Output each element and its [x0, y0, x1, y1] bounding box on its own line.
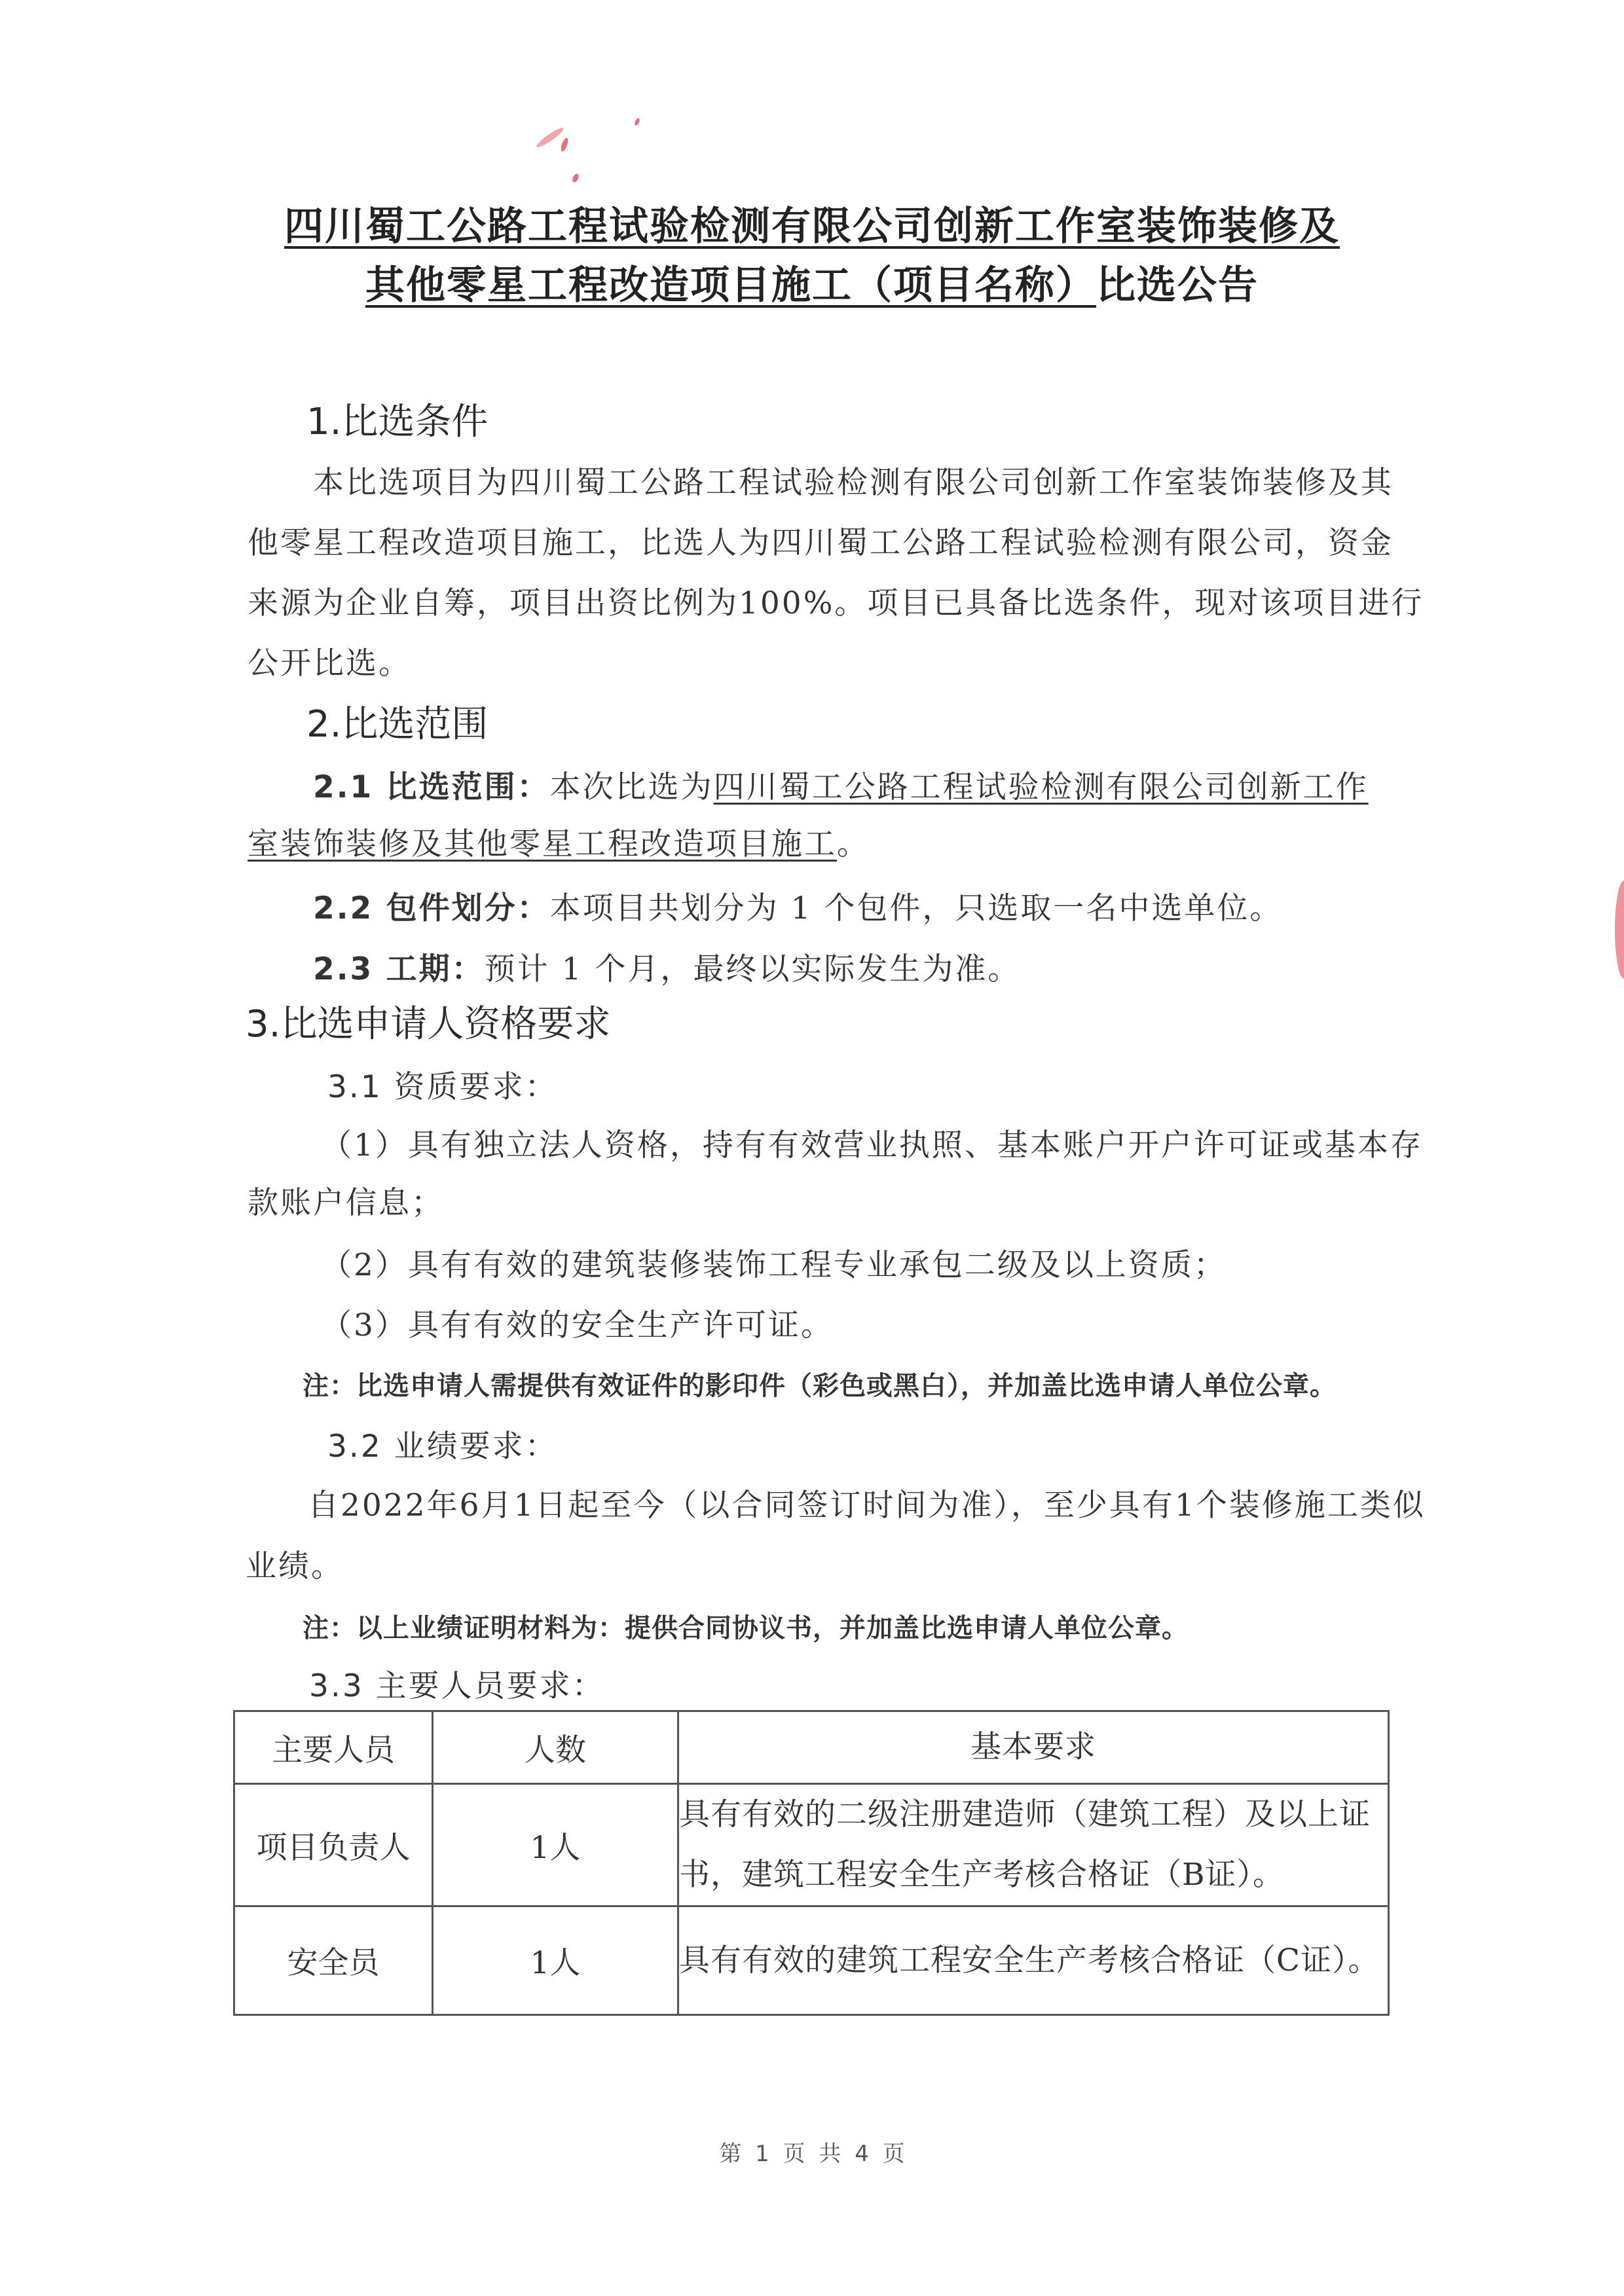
section-1-line-2: 他零星工程改造项目施工，比选人为四川蜀工公路工程试验检测有限公司，资金 [248, 519, 1393, 562]
section-1-line-4: 公开比选。 [248, 639, 411, 683]
cell-count: 1人 [433, 1784, 678, 1906]
scope-project-name-b: 室装饰装修及其他零星工程改造项目施工 [248, 826, 837, 862]
qualification-req-2: （2）具有有效的建筑装修装饰工程专业承包二级及以上资质； [321, 1241, 1227, 1285]
scope-suffix: 。 [837, 826, 870, 862]
section-1-heading: 1.比选条件 [306, 393, 488, 445]
cell-role: 安全员 [234, 1906, 433, 2015]
section-2-heading: 2.比选范围 [306, 695, 488, 748]
scope-item-cont: 室装饰装修及其他零星工程改造项目施工。 [248, 820, 870, 864]
col-header-count: 人数 [433, 1711, 678, 1784]
scope-item: 2.1 比选范围：本次比选为四川蜀工公路工程试验检测有限公司创新工作 [313, 763, 1369, 807]
package-text: 本项目共划分为 1 个包件，只选取一名中选单位。 [550, 890, 1283, 926]
table-header-row: 主要人员 人数 基本要求 [234, 1711, 1389, 1784]
performance-note: 注：以上业绩证明材料为：提供合同协议书，并加盖比选申请人单位公章。 [303, 1607, 1189, 1645]
table-row: 项目负责人 1人 具有有效的二级注册建造师（建筑工程）及以上证 书，建筑工程安全… [234, 1784, 1389, 1906]
title-line-2-rest: 比选公告 [1096, 263, 1259, 308]
personnel-subheading: 3.3 主要人员要求： [309, 1662, 605, 1705]
document-title: 四川蜀工公路工程试验检测有限公司创新工作室装饰装修及 [0, 195, 1624, 251]
performance-line-1: 自2022年6月1日起至今（以合同签订时间为准），至少具有1个装修施工类似 [308, 1481, 1426, 1525]
title-line-1: 四川蜀工公路工程试验检测有限公司创新工作室装饰装修及 [284, 204, 1340, 249]
performance-subheading: 3.2 业绩要求： [327, 1422, 558, 1466]
personnel-table: 主要人员 人数 基本要求 项目负责人 1人 具有有效的二级注册建造师（建筑工程）… [233, 1710, 1390, 2016]
duration-text: 预计 1 个月，最终以实际发生为准。 [485, 951, 1021, 987]
col-header-requirements: 基本要求 [678, 1711, 1389, 1784]
qualification-subheading: 3.1 资质要求： [327, 1063, 558, 1106]
package-item: 2.2 包件划分：本项目共划分为 1 个包件，只选取一名中选单位。 [313, 884, 1282, 928]
scope-label: 2.1 比选范围： [313, 769, 550, 805]
cell-role: 项目负责人 [234, 1784, 433, 1906]
seal-fragment-top-2 [559, 137, 569, 152]
page-number: 第 1 页 共 4 页 [0, 2136, 1624, 2168]
qualification-req-1-line-2: 款账户信息； [248, 1178, 444, 1222]
req-line-1: 具有有效的二级注册建造师（建筑工程）及以上证 [679, 1785, 1388, 1845]
qualification-req-3: （3）具有有效的安全生产许可证。 [321, 1301, 834, 1345]
document-title-line-2: 其他零星工程改造项目施工（项目名称）比选公告 [0, 254, 1624, 310]
qualification-note: 注：比选申请人需提供有效证件的影印件（彩色或黑白），并加盖比选申请人单位公章。 [303, 1365, 1337, 1402]
seal-fragment-top-4 [634, 117, 641, 126]
col-header-role: 主要人员 [234, 1711, 433, 1784]
section-3-heading: 3.比选申请人资格要求 [246, 995, 610, 1048]
section-1-line-1: 本比选项目为四川蜀工公路工程试验检测有限公司创新工作室装饰装修及其 [313, 458, 1393, 502]
package-label: 2.2 包件划分： [313, 890, 550, 926]
performance-line-2: 业绩。 [246, 1542, 344, 1586]
scope-prefix: 本次比选为 [550, 769, 714, 805]
duration-label: 2.3 工期： [313, 951, 485, 987]
qualification-req-1-line-1: （1）具有独立法人资格，持有有效营业执照、基本账户开户许可证或基本存 [321, 1121, 1423, 1165]
req-line-1: 具有有效的建筑工程安全生产考核合格证（C证）。 [679, 1931, 1388, 1991]
seal-fragment-top-3 [571, 173, 580, 183]
title-line-2-underlined: 其他零星工程改造项目施工（项目名称） [365, 263, 1096, 308]
cell-requirements: 具有有效的建筑工程安全生产考核合格证（C证）。 [678, 1906, 1389, 2015]
req-line-2: 书，建筑工程安全生产考核合格证（B证）。 [679, 1845, 1388, 1905]
section-1-line-3: 来源为企业自筹，项目出资比例为100%。项目已具备比选条件，现对该项目进行 [248, 579, 1424, 623]
seal-edge-right [1615, 881, 1624, 979]
duration-item: 2.3 工期：预计 1 个月，最终以实际发生为准。 [313, 945, 1020, 989]
cell-requirements: 具有有效的二级注册建造师（建筑工程）及以上证 书，建筑工程安全生产考核合格证（B… [678, 1784, 1389, 1906]
scope-project-name-a: 四川蜀工公路工程试验检测有限公司创新工作 [714, 769, 1369, 805]
cell-count: 1人 [433, 1906, 678, 2015]
table-row: 安全员 1人 具有有效的建筑工程安全生产考核合格证（C证）。 [234, 1906, 1389, 2015]
